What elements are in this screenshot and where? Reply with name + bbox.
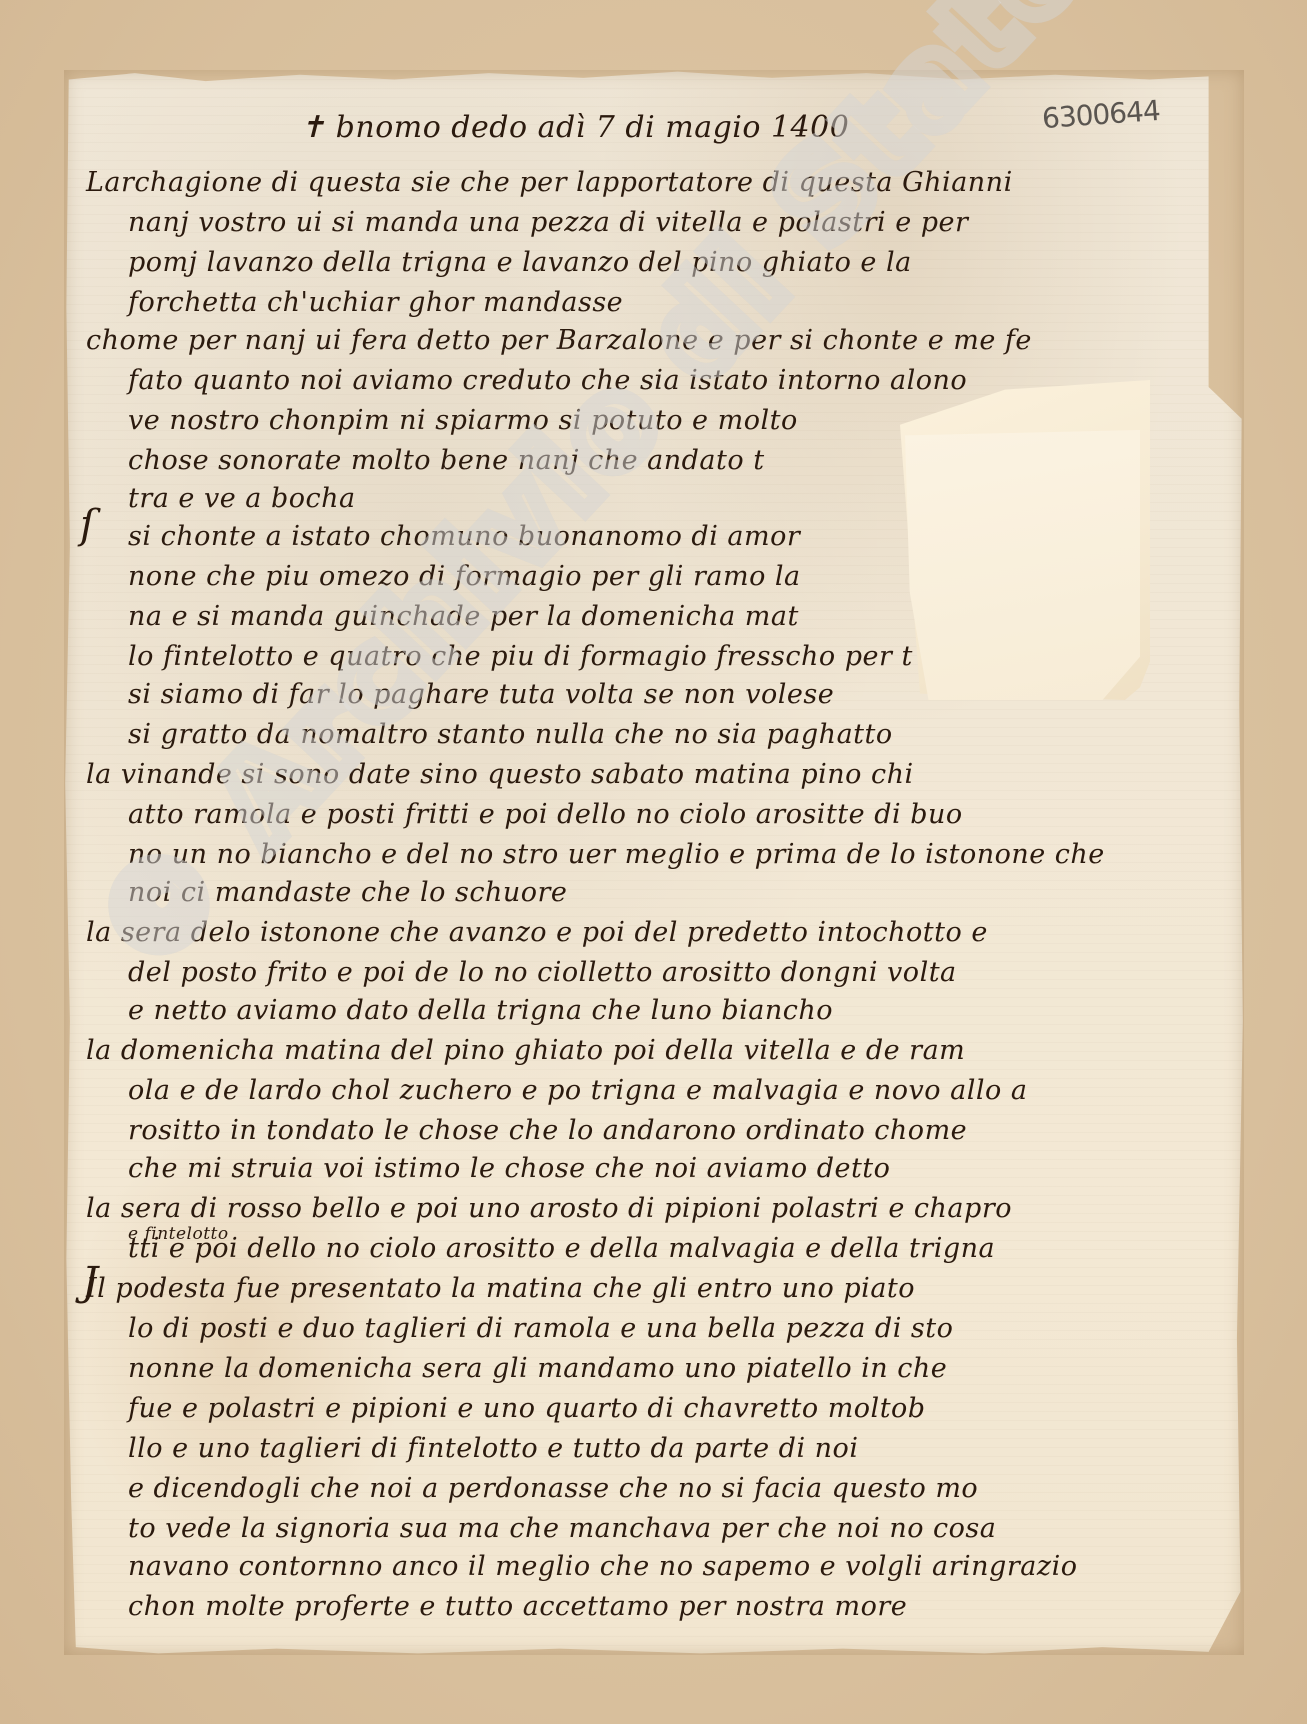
manuscript-line: che mi struia voi istimo le chose che no… xyxy=(128,1154,890,1184)
manuscript-line: Larchagione di questa sie che per lappor… xyxy=(86,168,1013,198)
interlinear-note: e fintelotto xyxy=(128,1224,229,1244)
manuscript-line: no un no biancho e del no stro uer megli… xyxy=(128,840,1105,870)
manuscript-line: chose sonorate molto bene nanj che andat… xyxy=(128,446,765,476)
manuscript-line: tra e ve a bocha xyxy=(128,484,356,514)
manuscript-line: ve nostro chonpim ni spiarmo si potuto e… xyxy=(128,406,798,436)
manuscript-line: Il podesta fue presentato la matina che … xyxy=(86,1274,915,1304)
manuscript-line: chon molte proferte e tutto accettamo pe… xyxy=(128,1592,907,1622)
manuscript-line: la sera di rosso bello e poi uno arosto … xyxy=(86,1194,1012,1224)
manuscript-line: navano contornno anco il meglio che no s… xyxy=(128,1552,1077,1582)
manuscript-line: la sera delo istonone che avanzo e poi d… xyxy=(86,918,988,948)
manuscript-line: si gratto da nomaltro stanto nulla che n… xyxy=(128,720,893,750)
manuscript-line: lo di posti e duo taglieri di ramola e u… xyxy=(128,1314,953,1344)
manuscript-line: chome per nanj ui fera detto per Barzalo… xyxy=(86,326,1032,356)
letter-heading: ✝ bnomo dedo adì 7 di magio 1400 xyxy=(300,110,849,145)
manuscript-line: forchetta ch'uchiar ghor mandasse xyxy=(128,288,623,318)
manuscript-line: e netto aviamo dato della trigna che lun… xyxy=(128,996,833,1026)
manuscript-line: llo e uno taglieri di fintelotto e tutto… xyxy=(128,1434,858,1464)
manuscript-line: rositto in tondato le chose che lo andar… xyxy=(128,1116,967,1146)
manuscript-line: fato quanto noi aviamo creduto che sia i… xyxy=(128,366,967,396)
manuscript-line: del posto frito e poi de lo no ciolletto… xyxy=(128,958,957,988)
manuscript-line: si chonte a istato chomuno buonanomo di … xyxy=(128,522,800,552)
manuscript-line: noi ci mandaste che lo schuore xyxy=(128,878,567,908)
manuscript-line: nonne la domenicha sera gli mandamo uno … xyxy=(128,1354,947,1384)
paper-fragment-fold xyxy=(905,430,1140,700)
manuscript-line: atto ramola e posti fritti e poi dello n… xyxy=(128,800,963,830)
manuscript-line: fue e polastri e pipioni e uno quarto di… xyxy=(128,1394,926,1424)
manuscript-line: e dicendogli che noi a perdonasse che no… xyxy=(128,1474,978,1504)
manuscript-line: la domenicha matina del pino ghiato poi … xyxy=(86,1036,965,1066)
manuscript-line: na e si manda guinchade per la domenicha… xyxy=(128,602,799,632)
margin-mark-section: ſ xyxy=(80,505,95,545)
manuscript-line: to vede la signoria sua ma che manchava … xyxy=(128,1514,996,1544)
manuscript-line: nanj vostro ui si manda una pezza di vit… xyxy=(128,208,968,238)
manuscript-line: si siamo di far lo paghare tuta volta se… xyxy=(128,680,834,710)
manuscript-line: none che piu omezo di formagio per gli r… xyxy=(128,562,801,592)
manuscript-line: ola e de lardo chol zuchero e po trigna … xyxy=(128,1076,1027,1106)
manuscript-line: tti e poi dello no ciolo arositto e dell… xyxy=(128,1234,995,1264)
manuscript-line: pomj lavanzo della trigna e lavanzo del … xyxy=(128,248,912,278)
margin-mark-paragraph: J xyxy=(82,1262,99,1302)
manuscript-line: lo fintelotto e quatro che piu di formag… xyxy=(128,642,913,672)
manuscript-line: la vinande si sono date sino questo saba… xyxy=(86,760,914,790)
